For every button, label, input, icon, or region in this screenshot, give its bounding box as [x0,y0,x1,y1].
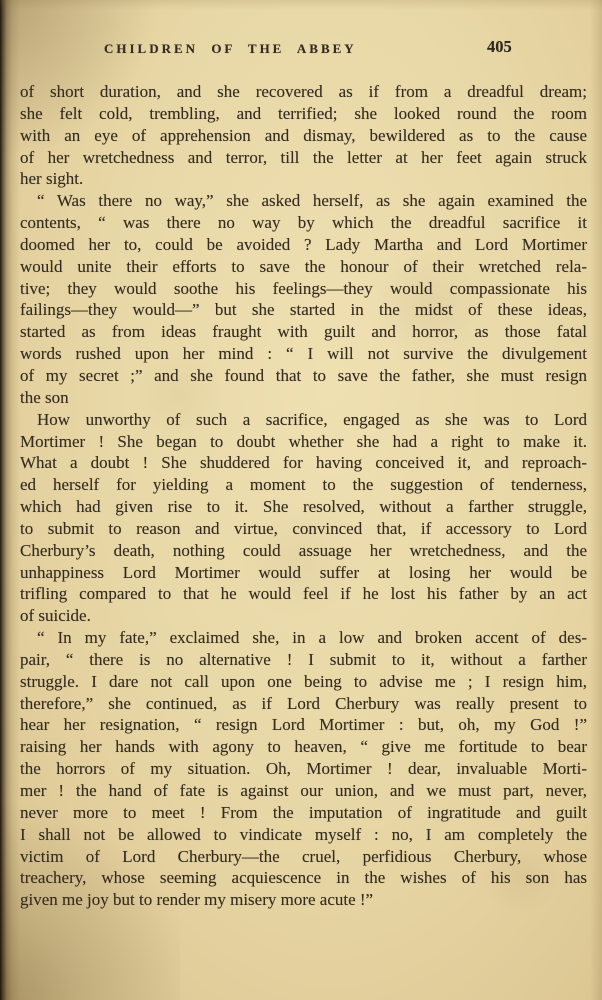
text-line: of suicide. [20,605,587,627]
page-number: 405 [487,37,512,57]
text-line: pair, “ there is no alternative ! I subm… [20,649,587,671]
text-line: which had given rise to it. She resolved… [20,496,587,518]
text-line: she felt cold, trembling, and terrified;… [20,103,587,125]
text-line: ed herself for yielding a moment to the … [20,474,587,496]
text-line: unhappiness Lord Mortimer would suffer a… [20,562,587,584]
text-line: contents, “ was there no way by which th… [20,212,587,234]
paragraph: How unworthy of such a sacrifice, engage… [20,409,587,627]
text-line: trifling compared to that he would feel … [20,583,587,605]
text-line: tive; they would soothe his feelings—the… [20,278,587,300]
text-line: “ In my fate,” exclaimed she, in a low a… [20,627,587,649]
text-line: therefore,” she continued, as if Lord Ch… [20,693,587,715]
page-header: CHILDREN OF THE ABBEY 405 [0,0,602,70]
text-line: with an eye of apprehension and dismay, … [20,125,587,147]
paragraph: of short duration, and she recovered as … [20,81,587,190]
paragraph: “ In my fate,” exclaimed she, in a low a… [20,627,587,911]
text-line: failings—they would—” but she started in… [20,299,587,321]
text-line: raising her hands with agony to heaven, … [20,736,587,758]
text-line: to submit to reason and virtue, convince… [20,518,587,540]
text-line: How unworthy of such a sacrifice, engage… [20,409,587,431]
text-line: hear her resignation, “ resign Lord Mort… [20,714,587,736]
text-line: never more to meet ! From the imputation… [20,802,587,824]
text-line: of my secret ;” and she found that to sa… [20,365,587,387]
text-line: treachery, whose seeming acquiescence in… [20,867,587,889]
text-line: her sight. [20,168,587,190]
text-line: “ Was there no way,” she asked herself, … [20,190,587,212]
text-line: victim of Lord Cherbury—the cruel, perfi… [20,846,587,868]
text-line: would unite their efforts to save the ho… [20,256,587,278]
text-line: words rushed upon her mind : “ I will no… [20,343,587,365]
text-line: mer ! the hand of fate is against our un… [20,780,587,802]
text-line: struggle. I dare not call upon one being… [20,671,587,693]
text-line: of her wretchedness and terror, till the… [20,147,587,169]
text-line: What a doubt ! She shuddered for having … [20,452,587,474]
paragraph: “ Was there no way,” she asked herself, … [20,190,587,408]
text-line: given me joy but to render my misery mor… [20,889,587,911]
running-title: CHILDREN OF THE ABBEY [104,41,357,57]
text-line: I shall not be allowed to vindicate myse… [20,824,587,846]
text-line: Cherbury’s death, nothing could assuage … [20,540,587,562]
page-edge-shadow [590,0,602,1000]
book-page-scan: CHILDREN OF THE ABBEY 405 of short durat… [0,0,602,1000]
page-text: of short duration, and she recovered as … [20,81,587,911]
text-line: of short duration, and she recovered as … [20,81,587,103]
gutter-shadow [0,0,22,1000]
text-line: the son [20,387,587,409]
text-line: the horrors of my situation. Oh, Mortime… [20,758,587,780]
text-line: Mortimer ! She began to doubt whether sh… [20,431,587,453]
text-line: started as from ideas fraught with guilt… [20,321,587,343]
text-line: doomed her to, could be avoided ? Lady M… [20,234,587,256]
